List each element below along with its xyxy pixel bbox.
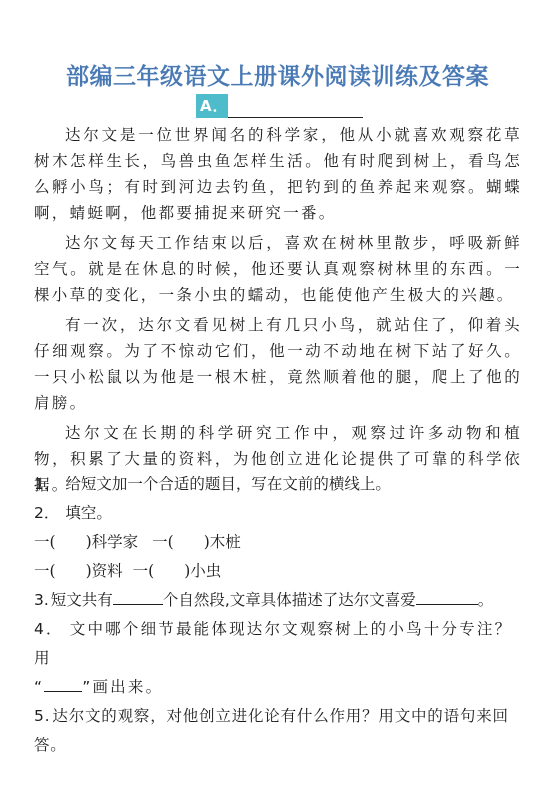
open-quote: “ xyxy=(34,678,44,696)
fill-suffix: )科学家 xyxy=(86,533,139,551)
fill-row-2: 一()资料一()小虫 xyxy=(34,557,524,586)
question-3: 3.短文共有个自然段,文章具体描述了达尔文喜爱。 xyxy=(34,586,524,615)
question-number: 3. xyxy=(34,591,49,609)
reading-passage: 达尔文是一位世界闻名的科学家，他从小就喜欢观察花草树木怎样生长，鸟兽虫鱼怎样生活… xyxy=(34,122,522,502)
fill-prefix: 一( xyxy=(34,562,56,580)
fill-suffix: )资料 xyxy=(86,562,123,580)
fill-prefix: 一( xyxy=(152,533,174,551)
question-text: 画出来。 xyxy=(92,678,163,696)
favorite-blank[interactable] xyxy=(416,590,478,605)
passage-paragraph-3: 有一次，达尔文看见树上有几只小鸟，就站住了，仰着头仔细观察。为了不惊动它们，他一… xyxy=(34,312,522,416)
question-text: 达尔文的观察，对他创立进化论有什么作用？用文中的语句来回答。 xyxy=(34,707,509,754)
fill-row-1: 一()科学家一()木桩 xyxy=(34,528,524,557)
question-text: 个自然段,文章具体描述了达尔文喜爱 xyxy=(163,591,416,609)
question-text: 。 xyxy=(478,591,494,609)
question-number: 5. xyxy=(34,707,50,725)
question-text: 填空。 xyxy=(65,504,112,522)
question-number: 2． xyxy=(34,504,59,522)
section-badge: A． xyxy=(196,94,228,118)
fill-suffix: )木桩 xyxy=(204,533,241,551)
question-text: 短文共有 xyxy=(51,591,113,609)
underline-mark xyxy=(44,682,82,692)
passage-paragraph-2: 达尔文每天工作结束以后，喜欢在树林里散步，呼吸新鲜空气。就是在休息的时候，他还要… xyxy=(34,230,522,308)
question-text: 文中哪个细节最能体现达尔文观察树上的小鸟十分专注？用 xyxy=(34,620,512,667)
document-title: 部编三年级语文上册课外阅读训练及答案 xyxy=(0,62,555,92)
question-4: 4．文中哪个细节最能体现达尔文观察树上的小鸟十分专注？用 “”画出来。 xyxy=(34,615,524,702)
fill-suffix: )小虫 xyxy=(184,562,221,580)
paragraph-count-blank[interactable] xyxy=(113,590,163,605)
close-quote: ” xyxy=(82,678,92,696)
passage-paragraph-1: 达尔文是一位世界闻名的科学家，他从小就喜欢观察花草树木怎样生长，鸟兽虫鱼怎样生活… xyxy=(34,122,522,226)
fill-prefix: 一( xyxy=(34,533,56,551)
title-blank-input[interactable] xyxy=(228,97,363,118)
question-1: 1．给短文加一个合适的题目，写在文前的横线上。 xyxy=(34,470,524,499)
question-text: 给短文加一个合适的题目，写在文前的横线上。 xyxy=(65,475,391,493)
question-2: 2．填空。 xyxy=(34,499,524,528)
questions-section: 1．给短文加一个合适的题目，写在文前的横线上。 2．填空。 一()科学家一()木… xyxy=(34,470,524,760)
question-number: 4． xyxy=(34,620,64,638)
question-number: 1． xyxy=(34,475,59,493)
fill-prefix: 一( xyxy=(133,562,155,580)
question-5: 5.达尔文的观察，对他创立进化论有什么作用？用文中的语句来回答。 xyxy=(34,702,524,760)
title-answer-line: A． xyxy=(196,94,363,118)
